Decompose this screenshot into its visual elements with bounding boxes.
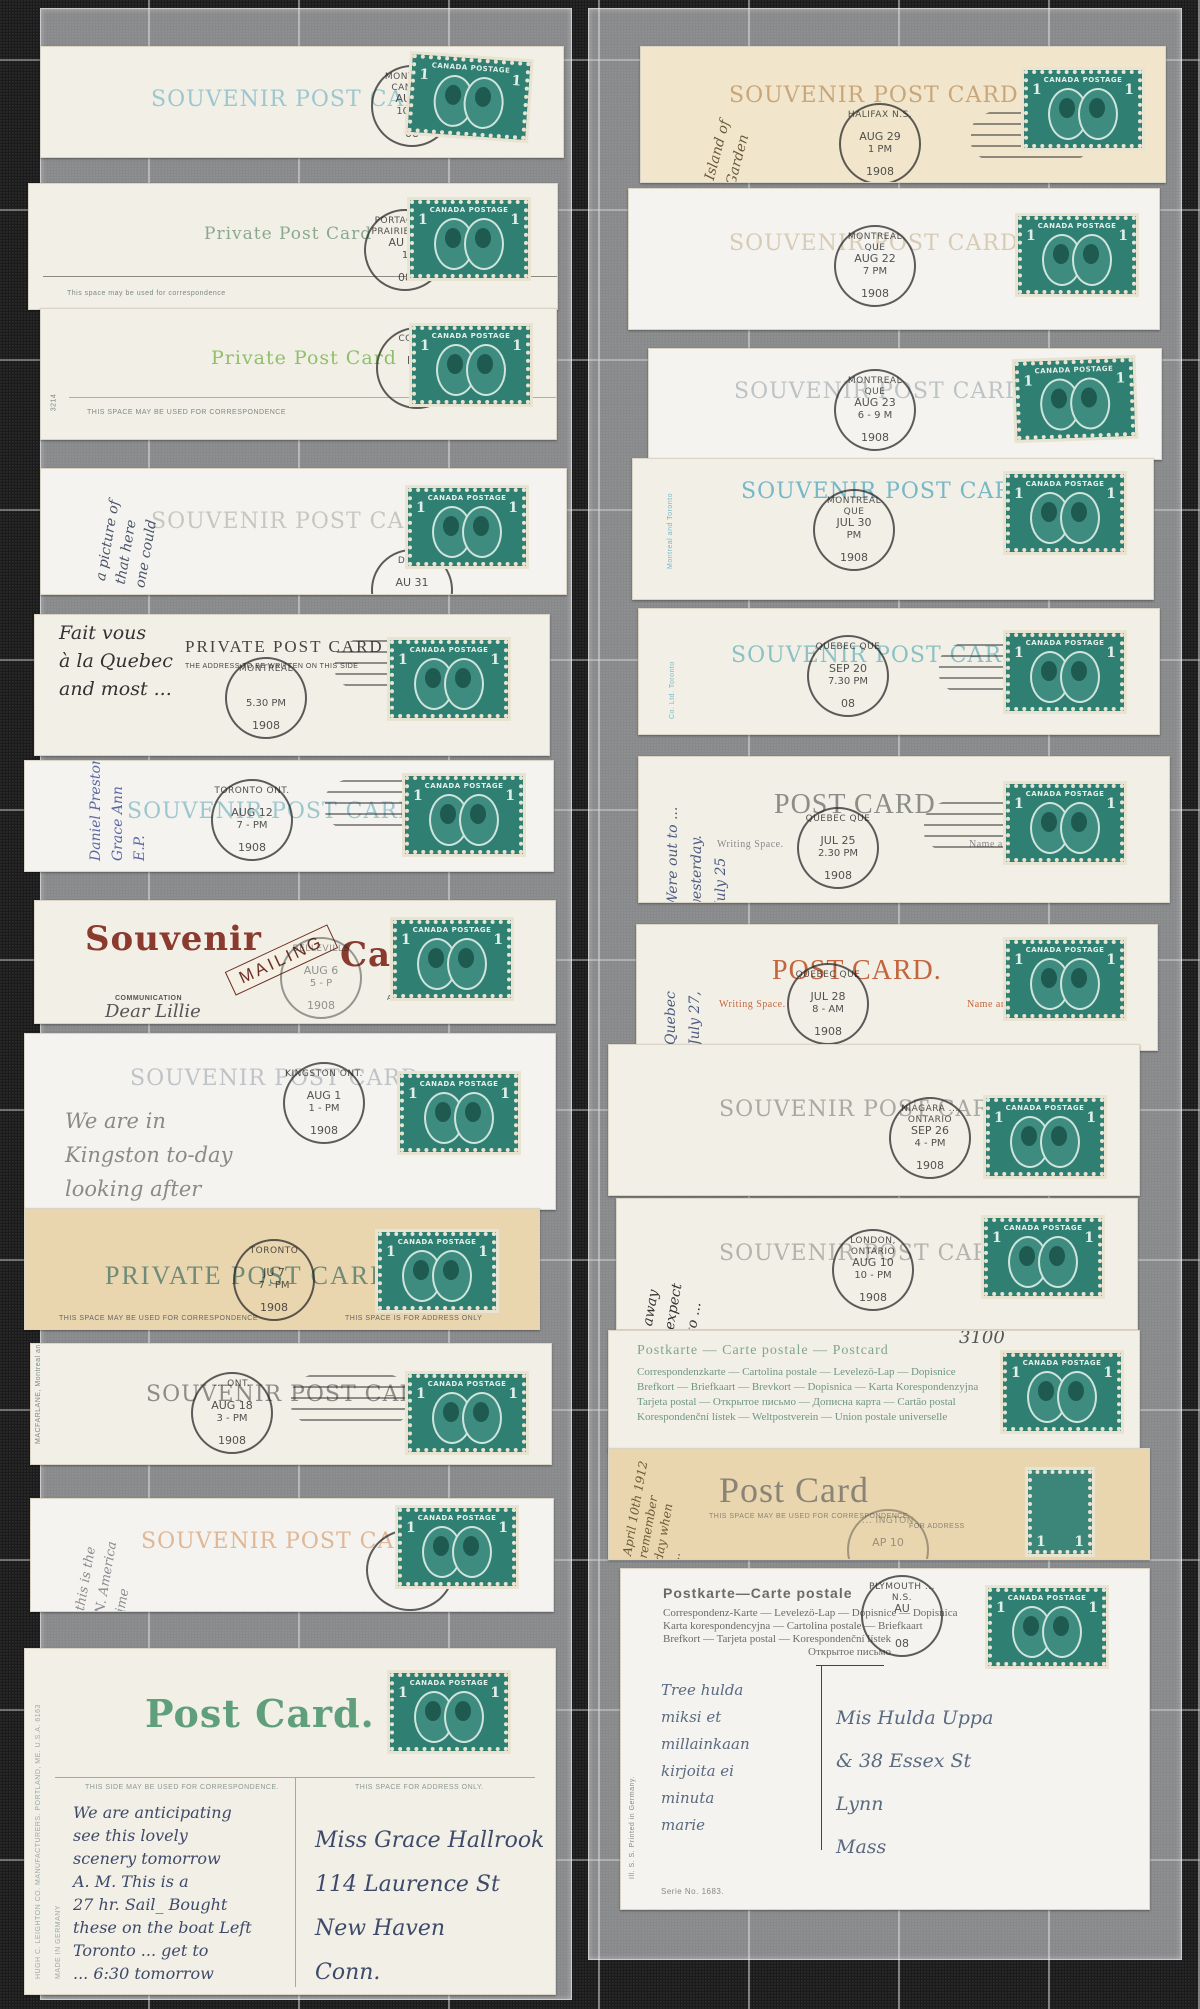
card-title: Postkarte — Carte postale — Postcard [637,1343,889,1359]
handwritten-greeting: Dear Lillie [105,1001,201,1022]
quebec-tercentenary-stamp: CANADA POSTAGE11 [1006,940,1124,1018]
correspondence-label: THIS SPACE MAY BE USED FOR CORRESPONDENC… [59,1315,258,1322]
divider-label: THIS SPACE MAY BE USED FOR CORRESPONDENC… [87,409,286,416]
handwritten-message: April 10th 1912 remember day when ... [619,1460,699,1560]
quebec-tercentenary-stamp: CANADA POSTAGE11 [1006,633,1124,711]
address-label: THIS SPACE IS FOR ADDRESS ONLY [345,1315,482,1322]
quebec-tercentenary-stamp: CANADA POSTAGE11 [407,54,530,140]
postmark-cancel: QUEBEC QUE SEP 20 7.30 PM 08 [807,635,889,717]
handwritten-message: Daniel Preston Grace Ann E.P. [85,760,151,861]
correspondence-label: THIS SIDE MAY BE USED FOR CORRESPONDENCE… [85,1784,279,1791]
handwritten-message: Fait vous à la Quebec and most ... [59,619,173,703]
postmark-cancel: MONTREAL QUE AUG 23 6 - 9 M 1908 [834,369,916,451]
postmark-cancel: ... INGTON AP 10 [847,1509,929,1560]
quebec-tercentenary-stamp: CANADA POSTAGE11 [1006,474,1124,552]
quebec-tercentenary-stamp: CANADA POSTAGE11 [1006,784,1124,862]
postmark-cancel: TORONTO JU 7 7 - PM 1908 [233,1239,315,1321]
quebec-tercentenary-stamp: CANADA POSTAGE11 [390,640,508,718]
quebec-tercentenary-stamp: CANADA POSTAGE11 [378,1232,496,1310]
card-title: SOUVENIR POST CARD [130,1066,420,1091]
multilingual-lines: Correspondenzkarte — Cartolina postale —… [637,1365,978,1425]
postmark-cancel: TORONTO ONT. AUG 12 7 - PM 1908 [211,779,293,861]
publisher-imprint: Co. Ltd. Toronto [669,661,676,719]
series-number: Serie No. 1683. [661,1887,724,1896]
quebec-tercentenary-stamp: CANADA POSTAGE11 [408,488,526,566]
quebec-tercentenary-stamp: CANADA POSTAGE11 [1015,358,1136,440]
quebec-tercentenary-stamp: CANADA POSTAGE11 [1024,70,1142,148]
handwritten-message: Quebec July 27, [659,991,707,1045]
card-number: 3214 [50,394,57,412]
quebec-tercentenary-stamp: CANADA POSTAGE11 [1003,1353,1121,1431]
made-in-germany-label: MADE IN GERMANY [55,1905,62,1979]
postmark-cancel: PLYMOUTH ... N.S. AU 08 [861,1575,943,1657]
handwritten-message: a picture of that here one could [91,498,164,589]
handwritten-message: We are in Kingston to-day looking after [65,1104,232,1206]
quebec-tercentenary-stamp: CANADA POSTAGE11 [390,1673,508,1751]
writing-space-label: Writing Space. [719,999,786,1010]
quebec-tercentenary-stamp: CANADA POSTAGE11 [393,920,511,998]
card-title: Souvenir [85,919,262,959]
quebec-tercentenary-stamp: CANADA POSTAGE11 [410,200,528,278]
postmark-cancel: LONDON, ONTARIO AUG 10 10 - PM 1908 [832,1229,914,1311]
card-title: Post Card. [145,1691,375,1736]
handwritten-message: We are anticipating see this lovely scen… [73,1801,252,1985]
postmark-cancel: QUEBEC QUE JUL 25 2.30 PM 1908 [797,807,879,889]
postmark-cancel: MONTREAL 5.30 PM 1908 [225,657,307,739]
postmark-cancel: NIAGARA ... ONTARIO SEP 26 4 - PM 1908 [889,1097,971,1179]
handwritten-message: this is the N. America time [71,1536,143,1612]
quebec-tercentenary-stamp: CANADA POSTAGE11 [984,1218,1102,1296]
quebec-tercentenary-stamp: CANADA POSTAGE11 [408,1374,526,1452]
handwritten-message: Were out to ... yesterday. July 25 [661,807,733,903]
quebec-tercentenary-stamp: CANADA POSTAGE11 [986,1098,1104,1176]
king-edward-one-cent-stamp: 11 [1028,1470,1092,1554]
pencil-price-note: 3100 [959,1330,1005,1348]
card-title: Post Card [719,1469,869,1511]
handwritten-message: Tree hulda miksi et millainkaan kirjoita… [661,1677,750,1839]
publisher-imprint: MACFARLANE, Montreal and Toronto [35,1343,42,1444]
divider-label: This space may be used for correspondenc… [67,290,226,297]
postmark-cancel: KINGSTON ONT. AUG 1 1 - PM 1908 [283,1062,365,1144]
card-title: Private Post Card [211,347,397,369]
handwritten-address: Miss Grace Hallrook 114 Laurence St New … [315,1819,544,1995]
postmark-cancel: BELLEVILLE AUG 6 5 - P 1908 [280,937,362,1019]
quebec-tercentenary-stamp: CANADA POSTAGE11 [1018,216,1136,294]
wavy-machine-cancel [291,1370,411,1430]
card-title: Postkarte—Carte postale [663,1585,853,1601]
postmark-cancel: MONTREAL QUE JUL 30 PM 1908 [813,489,895,571]
handwritten-address: Mis Hulda Uppa & 38 Essex St Lynn Mass [836,1697,993,1869]
quebec-tercentenary-stamp: CANADA POSTAGE11 [412,326,530,404]
publisher-imprint: HUGH C. LEIGHTON CO. MANUFACTURERS. PORT… [35,1704,42,1979]
card-title: Private Post Card [204,224,372,244]
publisher-imprint: Montreal and Toronto [667,493,674,569]
address-label: THIS SPACE FOR ADDRESS ONLY. [355,1784,484,1791]
publisher-imprint: Ill. S. S. Printed in Germany. [629,1776,636,1879]
quebec-tercentenary-stamp: CANADA POSTAGE11 [405,776,523,854]
handwritten-message: away expect to ... [637,1278,710,1330]
postmark-cancel: ... ONT. AUG 18 3 - PM 1908 [191,1372,273,1454]
postmark-cancel: QUEBEC QUE JUL 28 8 - AM 1908 [787,963,869,1045]
quebec-tercentenary-stamp: CANADA POSTAGE11 [398,1508,516,1586]
card-title: SOUVENIR POST CARD [151,509,441,534]
postmark-cancel: MONTREAL QUE AUG 22 7 PM 1908 [834,225,916,307]
postmark-cancel: HALIFAX N.S. AUG 29 1 PM 1908 [839,103,921,183]
quebec-tercentenary-stamp: CANADA POSTAGE11 [400,1074,518,1152]
quebec-tercentenary-stamp: CANADA POSTAGE11 [988,1588,1106,1666]
handwritten-message: Island of Garden [699,118,757,183]
